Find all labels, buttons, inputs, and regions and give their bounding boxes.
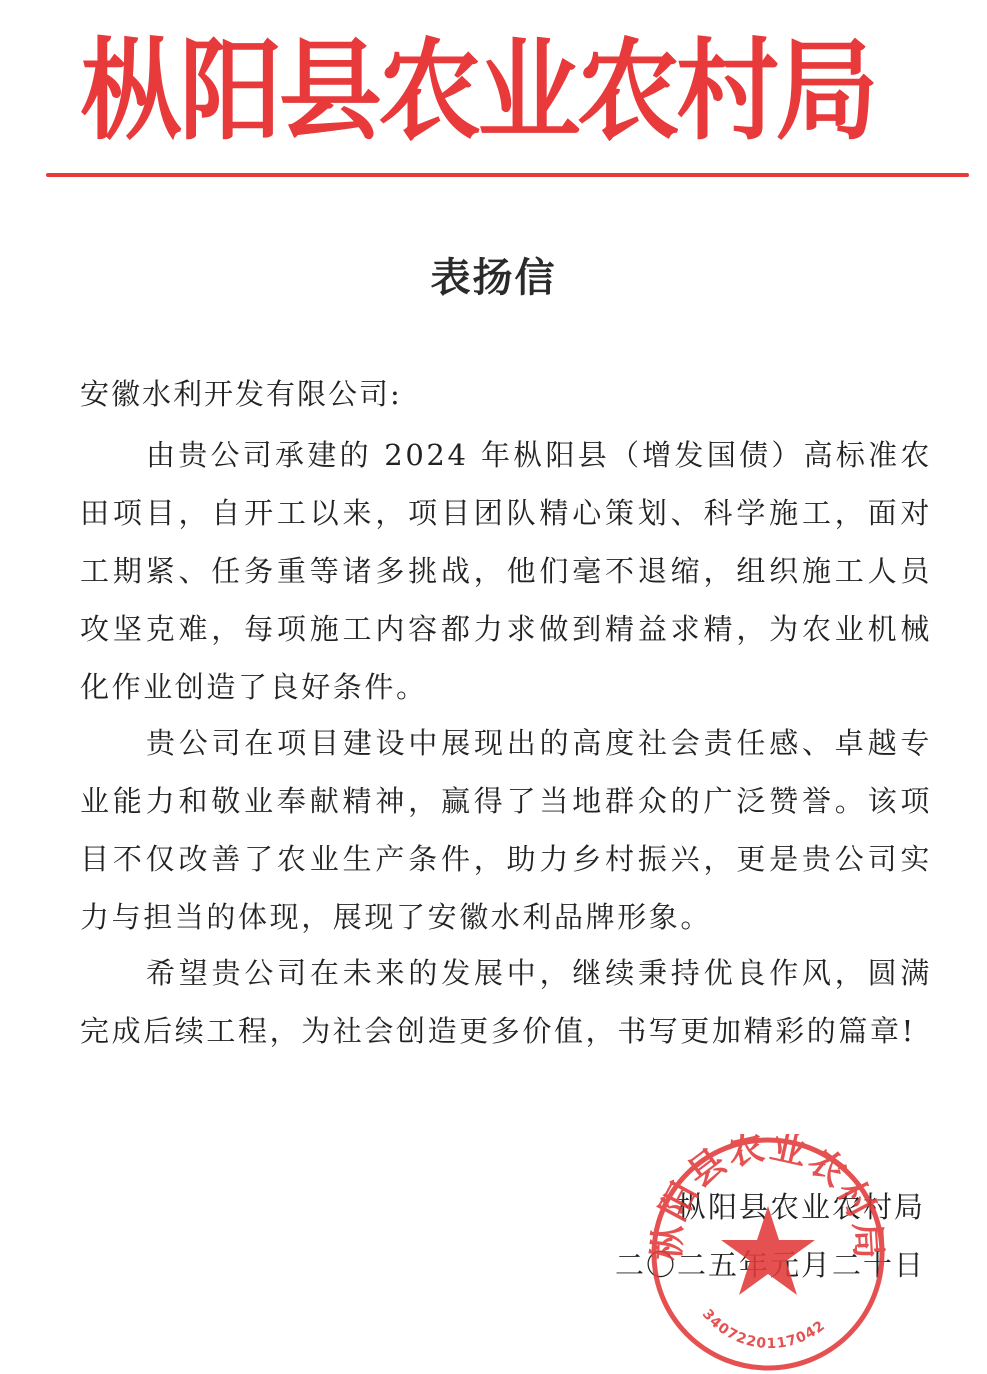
body-paragraph-3: 希望贵公司在未来的发展中，继续秉持优良作风，圆满完成后续工程，为社会创造更多价值… (80, 944, 932, 1060)
star-icon (721, 1206, 815, 1295)
svg-text:3407220117042: 3407220117042 (699, 1306, 829, 1352)
body-paragraph-1: 由贵公司承建的 2024 年枞阳县（增发国债）高标准农田项目，自开工以来，项目团… (80, 426, 932, 716)
official-seal: 枞阳县农业农村局 3407220117042 (648, 1134, 888, 1374)
letterhead-title: 枞阳县农业农村局 (80, 28, 871, 155)
salutation: 安徽水利开发有限公司: (80, 372, 402, 416)
body-paragraph-2: 贵公司在项目建设中展现出的高度社会责任感、卓越专业能力和敬业奉献精神，赢得了当地… (80, 714, 932, 946)
seal-code: 3407220117042 (699, 1306, 829, 1352)
document-title: 表扬信 (0, 246, 987, 303)
letterhead-divider (46, 173, 969, 177)
